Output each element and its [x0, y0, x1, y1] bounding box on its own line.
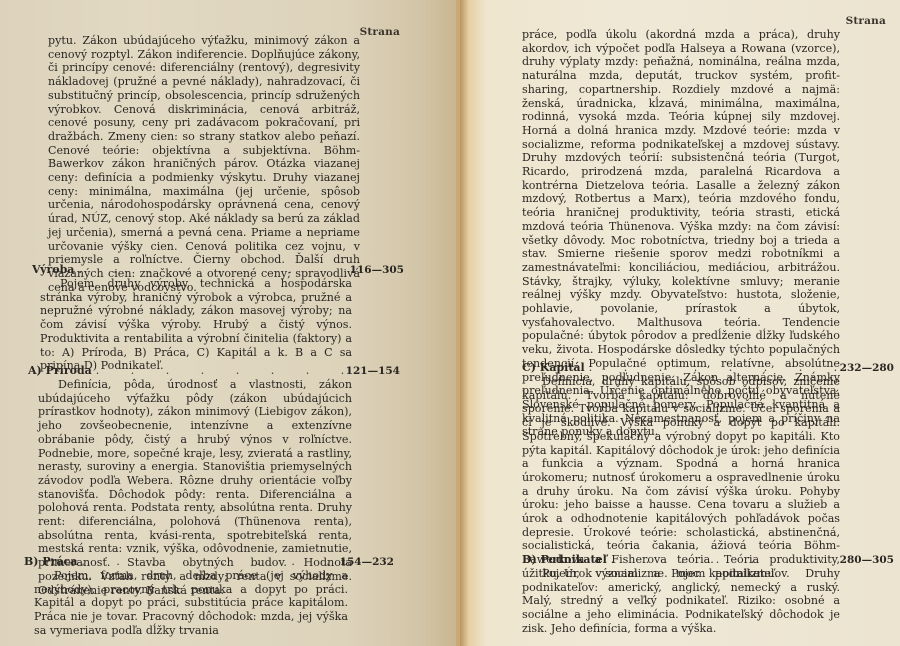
toc-entry-podnikatel: D) Podnikateľ . . . . . . . . . . . . . … [522, 553, 894, 566]
toc-entry-vyroba: Výroba . . . . . . . . . . . . . . . 116… [32, 263, 404, 276]
entry-title: D) Podnikateľ [522, 553, 607, 566]
entry-title: C) Kapitál [522, 361, 585, 374]
leader-dots: . . . . . . . . . . . . . . . [77, 555, 339, 568]
paragraph-text: Pojem, forma, druh, deľba práce (jej výh… [34, 569, 348, 638]
continuation-paragraph: pytu. Zákon ubúdajúceho výťažku, minimov… [48, 34, 360, 294]
paragraph-text: pytu. Zákon ubúdajúceho výťažku, minimov… [48, 34, 360, 294]
toc-entry-priroda: A) Príroda . . . . . . . . . . . . . . .… [28, 364, 400, 377]
entry-page-range: 280—305 [840, 554, 894, 566]
entry-description: Pojem, druhy výroby, technická a hospodá… [40, 277, 352, 373]
book-spread: Strana pytu. Zákon ubúdajúceho výťažku, … [0, 0, 900, 646]
entry-page-range: 121—154 [346, 365, 400, 377]
book-gutter [456, 0, 460, 646]
entry-page-range: 232—280 [840, 362, 894, 374]
toc-entry-praca: B) Práca . . . . . . . . . . . . . . . 1… [24, 555, 394, 568]
entry-description: Definícia, druhy kapitálu, spôsob odpiso… [522, 375, 840, 581]
paragraph-text: Definícia, druhy kapitálu, spôsob odpiso… [522, 375, 840, 581]
right-page: Strana práce, podľa úkolu (akordná mzda … [460, 0, 900, 646]
page-column-header: Strana [846, 15, 886, 27]
toc-entry-kapital: C) Kapitál . . . . . . . . . . . . . . 2… [522, 361, 894, 374]
entry-page-range: 116—305 [350, 264, 404, 276]
paragraph-text: Pojem, druhy výroby, technická a hospodá… [40, 277, 352, 373]
entry-page-range: 154—232 [340, 556, 394, 568]
leader-dots: . . . . . . . . . . . . . . [585, 361, 840, 374]
page-column-header: Strana [360, 26, 400, 38]
entry-title: B) Práca [24, 555, 77, 568]
leader-dots: . . . . . . . . . . . . . [607, 553, 840, 566]
entry-description: Pojem, význam a moc podnikateľov. Druhy … [522, 567, 840, 636]
left-page: Strana pytu. Zákon ubúdajúceho výťažku, … [0, 0, 460, 646]
leader-dots: . . . . . . . . . . . . . . . [74, 263, 349, 276]
leader-dots: . . . . . . . . . . . . . . . [92, 364, 346, 377]
entry-title: A) Príroda [28, 364, 92, 377]
entry-description: Pojem, forma, druh, deľba práce (jej výh… [34, 569, 348, 638]
entry-title: Výroba [32, 263, 74, 276]
paragraph-text: Pojem, význam a moc podnikateľov. Druhy … [522, 567, 840, 636]
